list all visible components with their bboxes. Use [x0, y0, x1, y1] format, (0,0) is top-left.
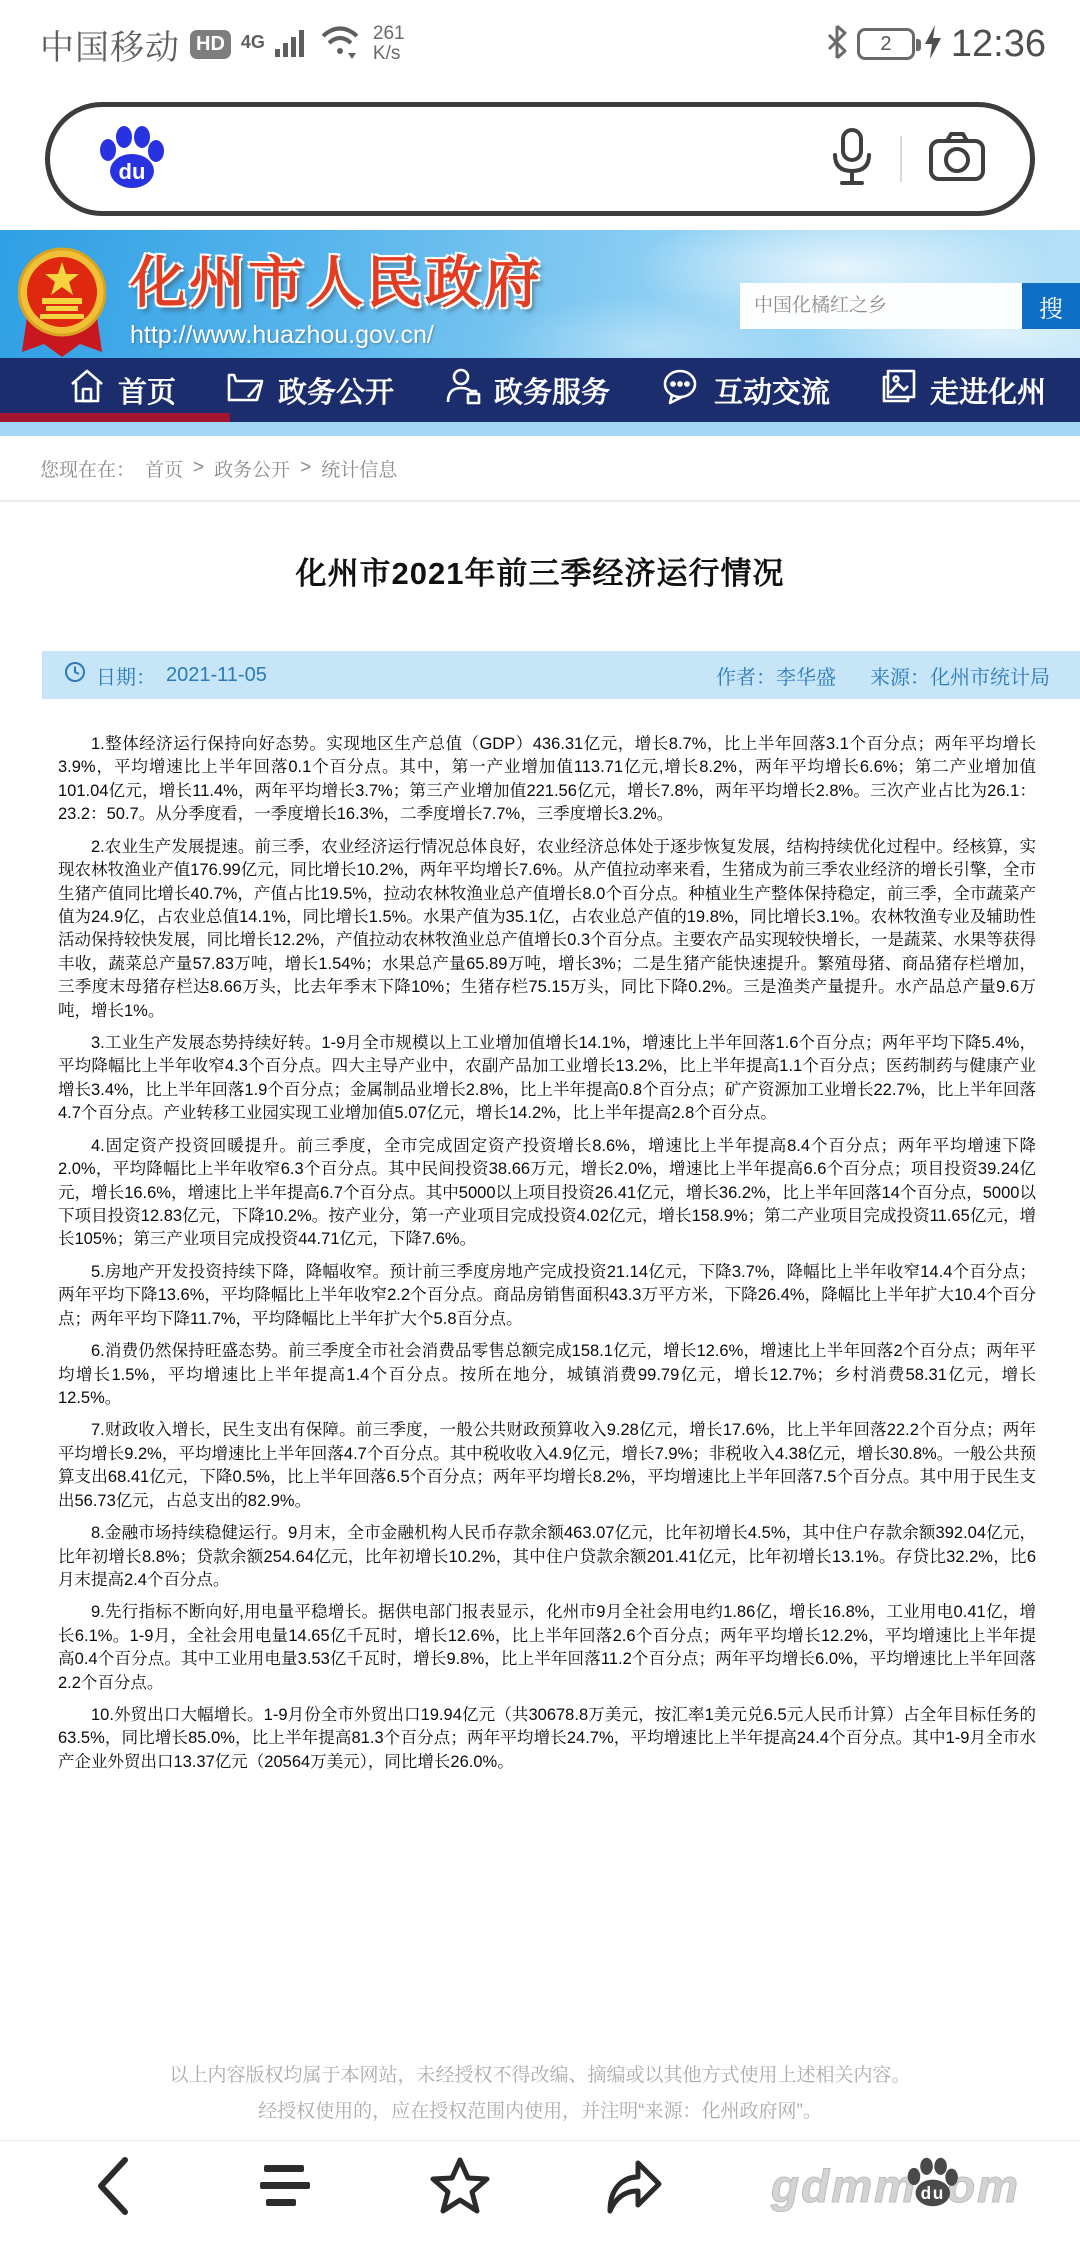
status-right: 2 12:36 — [825, 23, 1046, 66]
site-name: 化州市人民政府 — [130, 239, 543, 319]
paragraph-5: 5.房地产开发投资持续下降，降幅收窄。预计前三季度房地产完成投资21.14亿元，… — [58, 1261, 1036, 1331]
date-label: 日期： — [96, 661, 156, 690]
copyright-line-2: 经授权使用的，应在授权范围内使用，并注明“来源：化州政府网”。 — [258, 2096, 822, 2123]
bluetooth-icon — [825, 24, 849, 65]
watermark-paw-icon: du — [903, 2154, 961, 2221]
clock-time: 12:36 — [951, 23, 1046, 66]
hd-badge: HD — [190, 30, 231, 59]
article-body: 1.整体经济运行保持向好态势。实现地区生产总值（GDP）436.31亿元，增长8… — [0, 733, 1080, 1774]
site-identity: 化州市人民政府 http://www.huazhou.gov.cn/ — [130, 239, 543, 350]
date-value: 2021-11-05 — [166, 664, 267, 687]
battery-icon: 2 — [857, 28, 915, 60]
watermark-left: gdmm — [771, 2159, 917, 2213]
signal-bars-icon — [275, 25, 309, 64]
breadcrumb: 您现在在： 首页 > 政务公开 > 统计信息 — [0, 436, 1080, 502]
network-speed: 261 K/s — [373, 24, 405, 64]
breadcrumb-label: 您现在在： — [40, 455, 135, 482]
main-nav: 首页 政务公开 政务服务 互动交流 — [0, 358, 1080, 422]
article-title: 化州市2021年前三季经济运行情况 — [0, 548, 1080, 593]
search-input[interactable]: du — [45, 102, 1035, 216]
charging-bolt-icon — [923, 25, 943, 64]
network-type-label: 4G — [241, 32, 265, 53]
status-left: 中国移动 HD 4G 261 K/s — [40, 20, 405, 69]
nav-item-about-huazhou[interactable]: 走进化州 — [880, 367, 1046, 413]
carrier-name: 中国移动 — [40, 20, 180, 69]
share-button[interactable] — [598, 2151, 668, 2221]
nav-label: 政务服务 — [494, 370, 610, 411]
camera-icon[interactable] — [928, 131, 986, 188]
gdmm-watermark: gdmm du om — [771, 2152, 1020, 2219]
article-byline: 作者：李华盛 来源：化州市统计局 — [716, 661, 1050, 690]
person-icon — [444, 366, 482, 414]
home-icon — [68, 367, 106, 413]
wifi-icon — [319, 23, 363, 66]
breadcrumb-gov-info[interactable]: 政务公开 — [214, 455, 290, 482]
gov-search-box: 搜 — [740, 283, 1080, 329]
banner-strip — [0, 422, 1080, 436]
paragraph-9: 9.先行指标不断向好,用电量平稳增长。据供电部门报表显示，化州市9月全社会用电约… — [58, 1601, 1036, 1695]
breadcrumb-home[interactable]: 首页 — [145, 455, 183, 482]
source: 来源：化州市统计局 — [870, 661, 1050, 690]
paragraph-10: 10.外贸出口大幅增长。1-9月份全市外贸出口19.94亿元（共30678.8万… — [58, 1704, 1036, 1774]
bookmark-star-button[interactable] — [425, 2151, 495, 2221]
picture-icon — [880, 367, 918, 413]
svg-text:du: du — [119, 159, 146, 184]
copyright-line-1: 以上内容版权均属于本网站，未经授权不得改编、摘编或以其他方式使用上述相关内容。 — [169, 2060, 910, 2087]
breadcrumb-separator: > — [193, 457, 204, 479]
breadcrumb-statistics[interactable]: 统计信息 — [321, 455, 397, 482]
active-nav-underline — [0, 413, 230, 422]
national-emblem — [18, 240, 106, 358]
divider — [900, 136, 902, 182]
menu-button[interactable] — [251, 2151, 321, 2221]
paragraph-6: 6.消费仍然保持旺盛态势。前三季度全市社会消费品零售总额完成158.1亿元，增长… — [58, 1340, 1036, 1410]
nav-label: 互动交流 — [714, 370, 830, 411]
article-date: 日期：2021-11-05 — [64, 661, 267, 690]
paragraph-7: 7.财政收入增长，民生支出有保障。前三季度，一般公共财政预算收入9.28亿元，增… — [58, 1419, 1036, 1513]
speed-unit: K/s — [373, 44, 405, 64]
nav-label: 首页 — [118, 370, 176, 411]
article: 化州市2021年前三季经济运行情况 日期：2021-11-05 作者：李华盛 来… — [0, 502, 1080, 2048]
author: 作者：李华盛 — [716, 661, 836, 690]
paragraph-3: 3.工业生产发展态势持续好转。1-9月全市规模以上工业增加值增长14.1%，增速… — [58, 1032, 1036, 1126]
clock-icon — [64, 661, 86, 689]
nav-item-gov-services[interactable]: 政务服务 — [444, 366, 610, 414]
paragraph-4: 4.固定资产投资回暖提升。前三季度，全市完成固定资产投资增长8.6%，增速比上半… — [58, 1135, 1036, 1252]
baidu-paw-icon: du — [94, 124, 168, 195]
nav-label: 政务公开 — [278, 370, 394, 411]
nav-label: 走进化州 — [930, 370, 1046, 411]
folder-icon — [226, 367, 266, 413]
microphone-icon[interactable] — [830, 127, 874, 192]
back-button[interactable] — [78, 2151, 148, 2221]
site-footer: 以上内容版权均属于本网站，未经授权不得改编、摘编或以其他方式使用上述相关内容。 … — [0, 2048, 1080, 2140]
browser-search-area: du — [0, 88, 1080, 230]
paragraph-2: 2.农业生产发展提速。前三季，农业经济运行情况总体良好，农业经济总体处于逐步恢复… — [58, 836, 1036, 1023]
speed-value: 261 — [373, 24, 405, 44]
search-actions — [830, 127, 986, 192]
status-bar: 中国移动 HD 4G 261 K/s 2 1 — [0, 0, 1080, 88]
gov-search-input[interactable] — [740, 283, 1022, 329]
nav-item-gov-info[interactable]: 政务公开 — [226, 367, 394, 413]
site-banner: 化州市人民政府 http://www.huazhou.gov.cn/ 搜 — [0, 230, 1080, 358]
gov-search-button[interactable]: 搜 — [1022, 283, 1080, 329]
breadcrumb-separator: > — [300, 457, 311, 479]
paragraph-1: 1.整体经济运行保持向好态势。实现地区生产总值（GDP）436.31亿元，增长8… — [58, 733, 1036, 827]
svg-text:du: du — [921, 2183, 945, 2203]
chat-icon — [660, 367, 702, 413]
site-url: http://www.huazhou.gov.cn/ — [130, 321, 543, 350]
article-meta-bar: 日期：2021-11-05 作者：李华盛 来源：化州市统计局 — [42, 651, 1080, 699]
paragraph-8: 8.金融市场持续稳健运行。9月末，全市金融机构人民币存款余额463.07亿元，比… — [58, 1522, 1036, 1592]
nav-item-home[interactable]: 首页 — [68, 367, 176, 413]
browser-toolbar: gdmm du om — [0, 2140, 1080, 2244]
nav-item-interaction[interactable]: 互动交流 — [660, 367, 830, 413]
